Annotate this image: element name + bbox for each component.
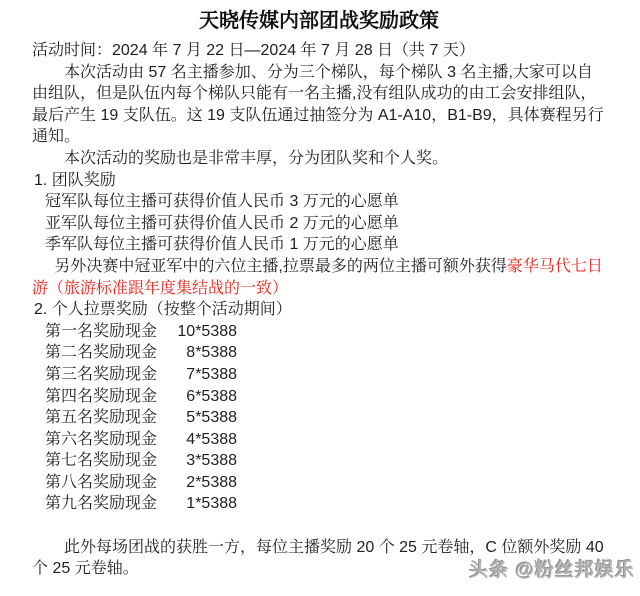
policy-document: 天晓传媒内部团战奖励政策 活动时间：2024 年 7 月 22 日—2024 年… xyxy=(0,0,640,596)
rank-label: 第七名奖励现金 xyxy=(45,452,157,469)
intro-paragraph: 本次活动由 57 名主播参加、分为三个梯队，每个梯队 3 名主播,大家可以自由组… xyxy=(32,62,606,148)
rank-label: 第四名奖励现金 xyxy=(45,388,157,405)
rewards-intro-paragraph: 本次活动的奖励也是非常丰厚，分为团队奖和个人奖。 xyxy=(32,148,606,170)
rank-value: 6*5388 xyxy=(157,386,237,408)
bonus-paragraph: 另外决赛中冠亚军中的六位主播,拉票最多的两位主播可额外获得豪华马代七日游（旅游标… xyxy=(32,256,606,299)
rank-value: 5*5388 xyxy=(157,407,237,429)
team-rewards-heading: 1. 团队奖励 xyxy=(34,170,606,192)
activity-period-line: 活动时间：2024 年 7 月 22 日—2024 年 7 月 28 日（共 7… xyxy=(32,40,606,62)
rank-row-7: 第七名奖励现金3*5388 xyxy=(45,450,606,472)
rank-value: 7*5388 xyxy=(157,364,237,386)
rank-label: 第九名奖励现金 xyxy=(45,495,157,512)
rank-row-1: 第一名奖励现金10*5388 xyxy=(45,321,606,343)
rank-label: 第五名奖励现金 xyxy=(45,409,157,426)
rank-value: 3*5388 xyxy=(157,450,237,472)
rank-label: 第一名奖励现金 xyxy=(45,323,157,340)
rank-row-2: 第二名奖励现金8*5388 xyxy=(45,342,606,364)
rank-label: 第二名奖励现金 xyxy=(45,344,157,361)
rank-value: 10*5388 xyxy=(157,321,237,343)
rank-value: 8*5388 xyxy=(157,342,237,364)
rank-row-3: 第三名奖励现金7*5388 xyxy=(45,364,606,386)
toutiao-watermark: 头条 @粉丝邦娱乐 xyxy=(469,560,635,582)
rank-value: 1*5388 xyxy=(157,493,237,515)
rank-value: 4*5388 xyxy=(157,429,237,451)
team-reward-line-third: 季军队每位主播可获得价值人民币 1 万元的心愿单 xyxy=(45,234,606,256)
rank-row-5: 第五名奖励现金5*5388 xyxy=(45,407,606,429)
team-reward-line-runnerup: 亚军队每位主播可获得价值人民币 2 万元的心愿单 xyxy=(45,213,606,235)
personal-rewards-heading: 2. 个人拉票奖励（按整个活动期间） xyxy=(34,299,606,321)
spacer-line xyxy=(32,515,606,537)
rank-row-6: 第六名奖励现金4*5388 xyxy=(45,429,606,451)
rank-row-9: 第九名奖励现金1*5388 xyxy=(45,493,606,515)
rank-value: 2*5388 xyxy=(157,472,237,494)
rank-label: 第六名奖励现金 xyxy=(45,431,157,448)
rank-label: 第八名奖励现金 xyxy=(45,474,157,491)
page-title: 天晓传媒内部团战奖励政策 xyxy=(32,8,606,34)
rank-row-8: 第八名奖励现金2*5388 xyxy=(45,472,606,494)
team-reward-line-champion: 冠军队每位主播可获得价值人民币 3 万元的心愿单 xyxy=(45,191,606,213)
rank-label: 第三名奖励现金 xyxy=(45,366,157,383)
rank-row-4: 第四名奖励现金6*5388 xyxy=(45,386,606,408)
bonus-text-black: 另外决赛中冠亚军中的六位主播,拉票最多的两位主播可额外获得 xyxy=(54,258,506,275)
